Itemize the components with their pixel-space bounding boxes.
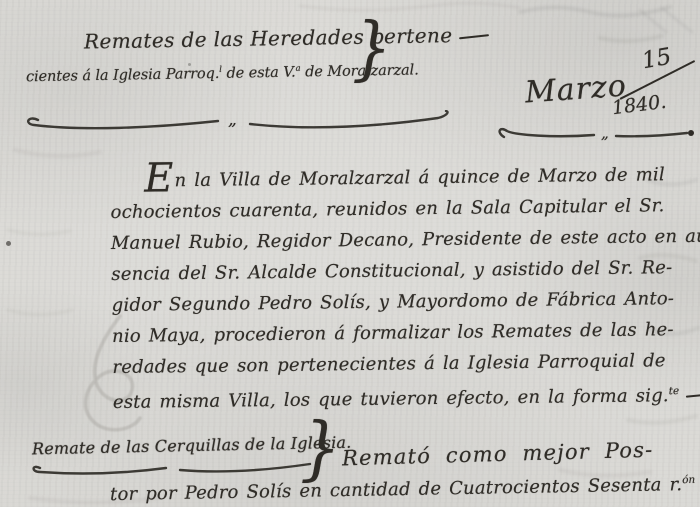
header-brace: } (352, 10, 391, 86)
body-line: esta misma Villa, los que tuvieron efect… (113, 376, 700, 418)
drop-cap: E (144, 155, 174, 201)
date-day: 15 (640, 44, 673, 75)
section-brace: } (300, 411, 341, 487)
body-paragraph: En la Villa de Moralzarzal á quince de M… (110, 157, 700, 418)
ditto-mark: „ (601, 124, 609, 142)
continuation-dash (459, 34, 489, 39)
ditto-mark: „ (228, 110, 237, 130)
continuation-dash (686, 394, 700, 398)
section-underline-flourish (28, 460, 318, 476)
header-line2-mid: de esta V. (222, 65, 296, 82)
body-line1-rest: n la Villa de Moralzarzal á quince de Ma… (174, 164, 664, 191)
section-line2-sup: ón (682, 474, 695, 486)
header-underline-flourish (22, 110, 462, 136)
date-underline-flourish (494, 124, 699, 142)
scan-speck (6, 241, 11, 246)
manuscript-page: Remates de las Heredades pertene cientes… (0, 0, 700, 507)
body-last-line-sup: te (669, 385, 680, 397)
body-last-line-text: esta misma Villa, los que tuvieron efect… (113, 385, 669, 413)
header-line2-pre: cientes á la Iglesia Parroq. (26, 66, 220, 85)
